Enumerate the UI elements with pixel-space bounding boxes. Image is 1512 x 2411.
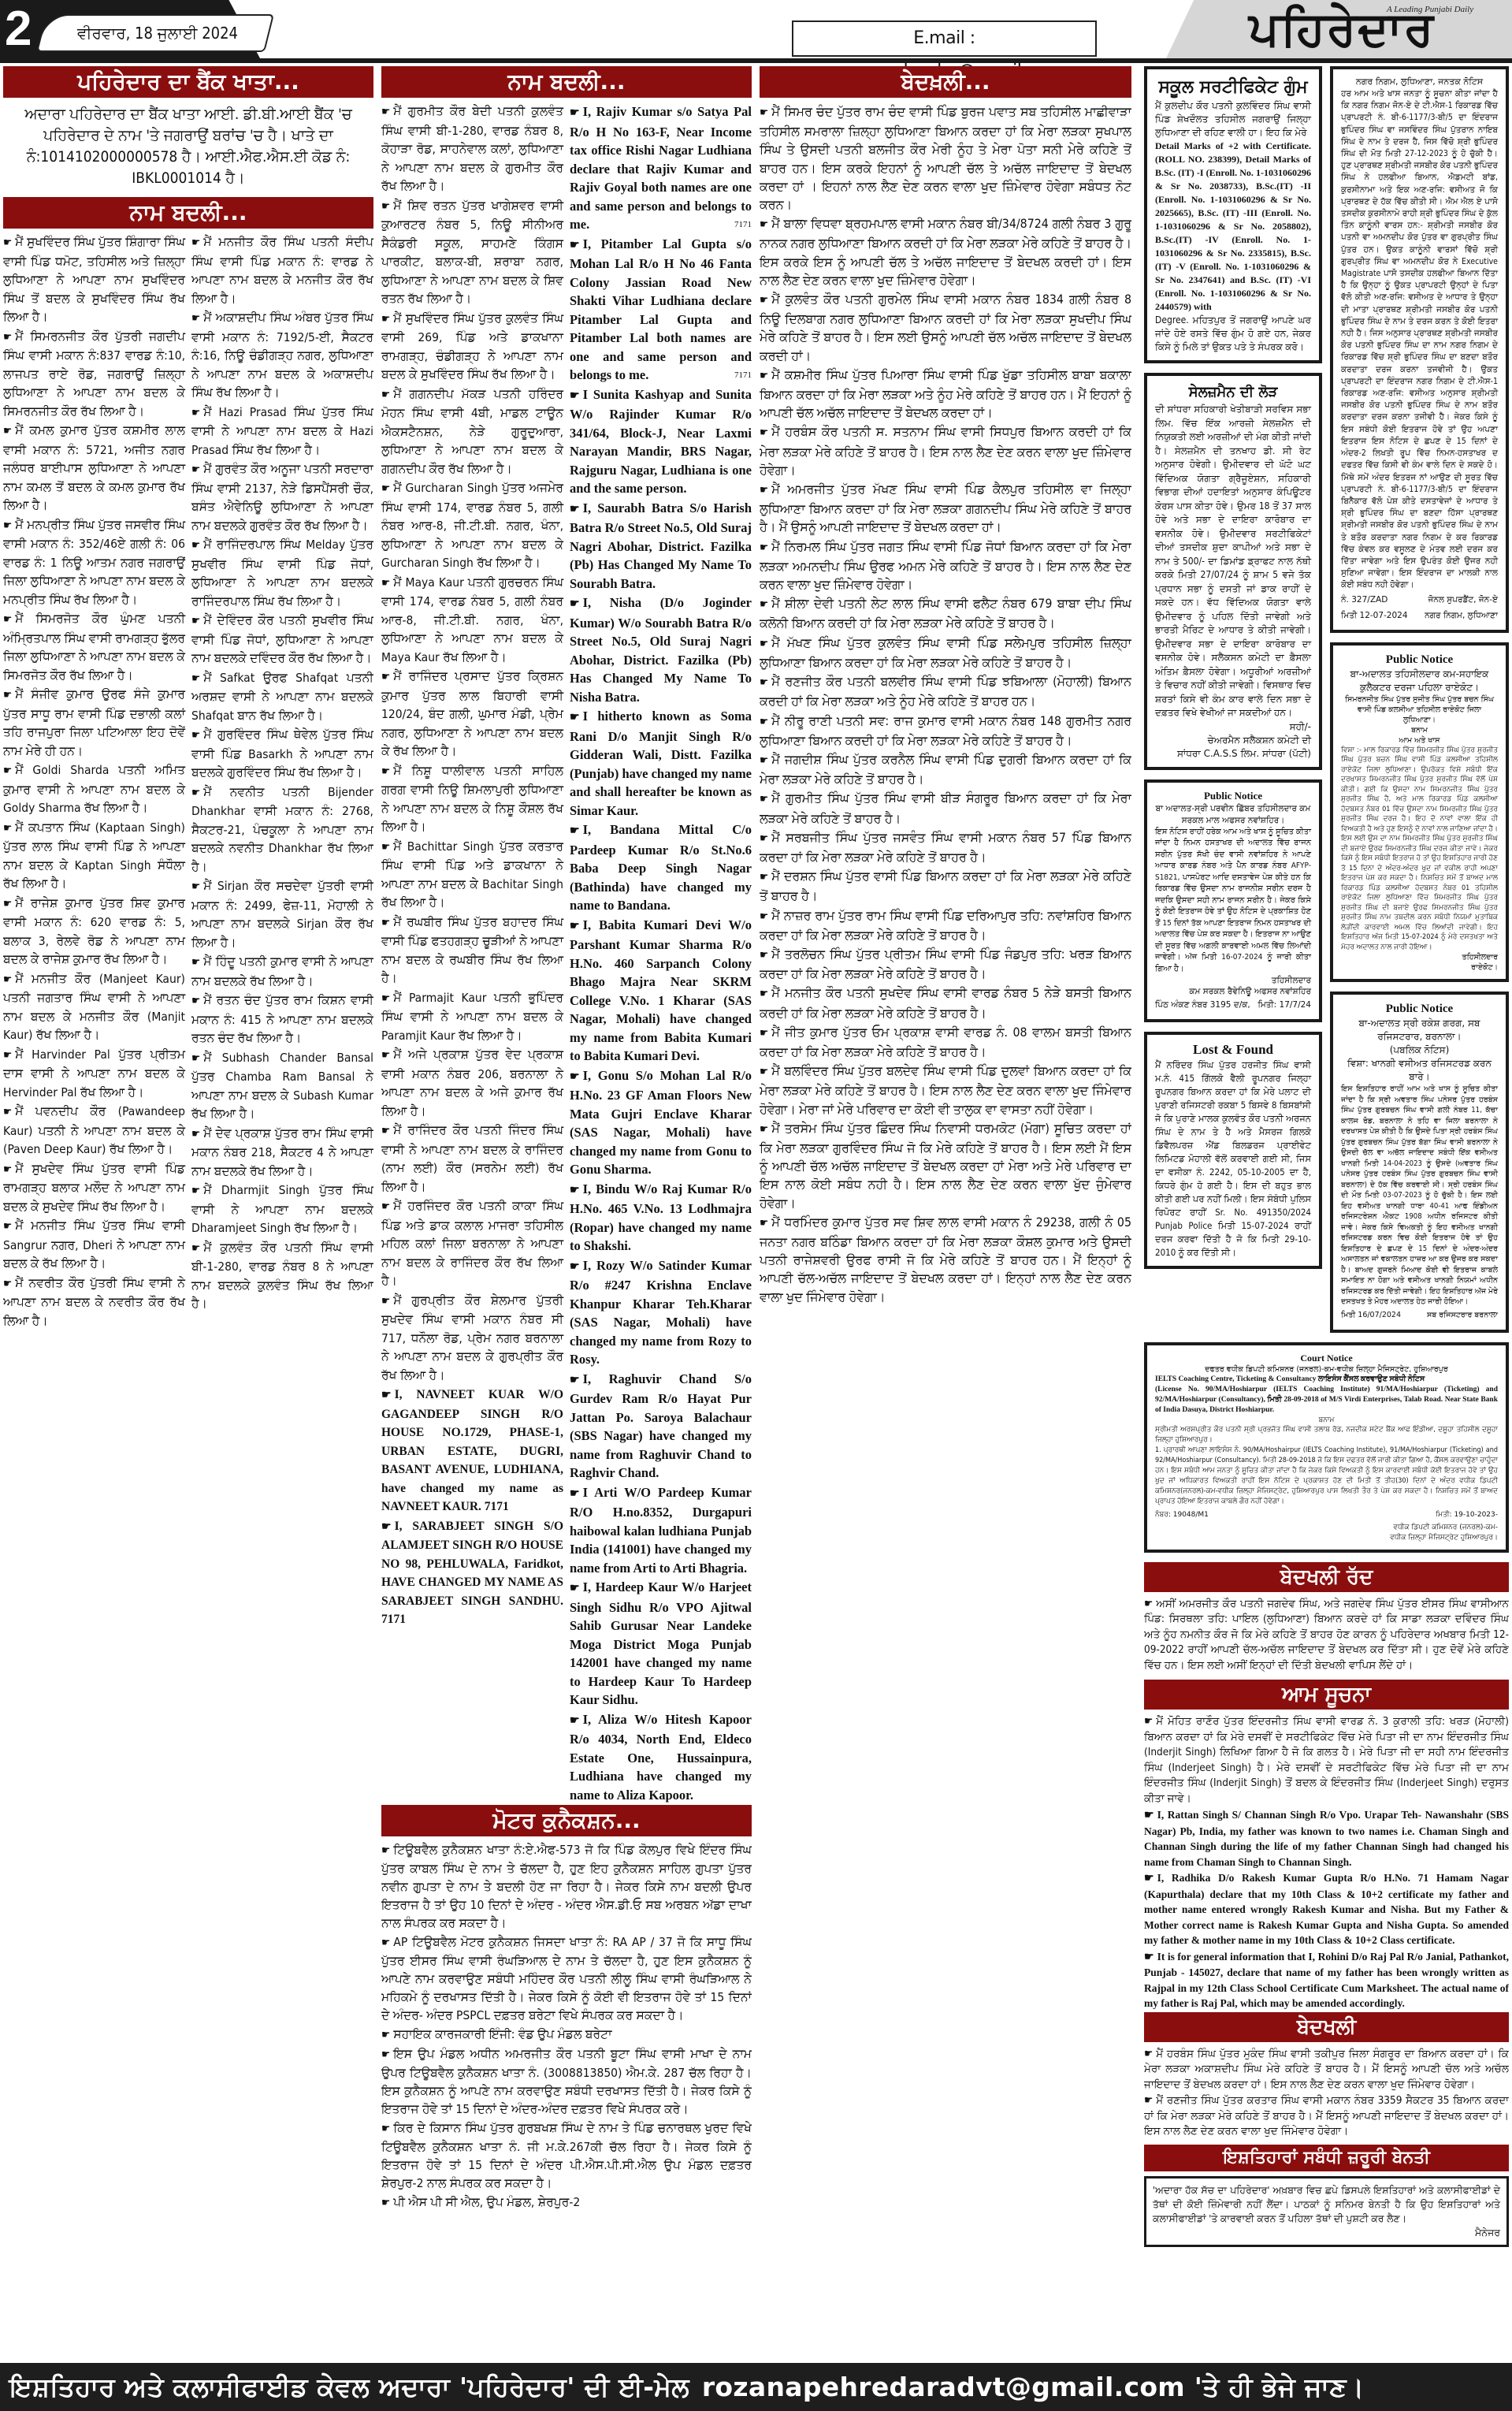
name-change-list: ☛ਮੈਂ ਸੁਖਵਿੰਦਰ ਸਿੰਘ ਪੁੱਤਰ ਸ਼ਿੰਗਾਰਾ ਸਿੰਘ ਵ… <box>3 233 373 1331</box>
page-number: 2 <box>5 3 32 55</box>
ad-text: ਮੈਂ ਨਰਿੰਦਰ ਸਿੰਘ ਪੁੱਤਰ ਹਰਜੀਤ ਸਿੰਘ ਵਾਸੀ ਮ.… <box>1155 1059 1311 1259</box>
list-item: ☛ਮੈਂ ਕੁਲਵੰਤ ਕੌਰ ਪਤਨੀ ਸਿੰਘ ਵਾਸੀ ਬੀ-1-280,… <box>191 1239 373 1314</box>
list-item: ☛ਮੈਂ ਰਘਬੀਰ ਸਿੰਘ ਪੁੱਤਰ ਬਹਾਦਰ ਸਿੰਘ ਵਾਸੀ ਪਿ… <box>381 913 563 988</box>
signature: ਤਹਿਸੀਲਦਾਰ <box>1341 952 1498 962</box>
list-item: ☛ਮੈਂ ਗੁਰਮੀਤ ਸਿੰਘ ਪੁੱਤਰ ਸਿੰਘ ਵਾਸੀ ਬੀੜ ਸੰਗ… <box>760 789 1131 827</box>
notices-right: ਨਗਰ ਨਿਗਮ, ਲੁਧਿਆਣਾ, ਜਨਤਕ ਨੋਟਿਸ ਹਰ ਆਮ ਅਤੇ … <box>1330 66 1509 1342</box>
pointing-hand-icon: ☛ <box>760 106 768 119</box>
name-change-list-2: ☛ਮੈਂ ਗੁਰਮੀਤ ਕੌਰ ਬੇਦੀ ਪਤਨੀ ਕੁਲਵੰਤ ਸਿੰਘ ਵਾ… <box>381 102 752 1805</box>
entry-text: It is for general information that I, Ro… <box>1144 1951 1509 2010</box>
pointing-hand-icon: ☛ <box>570 1488 580 1500</box>
pointing-hand-icon: ☛ <box>1144 1873 1154 1885</box>
entry-text: ਮੈਂ ਅਮਰਜੀਤ ਪੁੱਤਰ ਮੱਖਣ ਸਿੰਘ ਵਾਸੀ ਪਿੰਡ ਕੈਲ… <box>760 482 1131 534</box>
entry-text: ਮੈਂ Parmajit Kaur ਪਤਨੀ ਭੁਪਿੰਦਰ ਸਿੰਘ ਵਾਸੀ… <box>381 991 563 1043</box>
notice-ref-row: ਪਿੰਠ ਅੰਕਣ ਨੰਬਰ 3195 ਦ/ਕ, ਮਿਤੀ: 17/7/24 <box>1155 997 1311 1013</box>
entry-text: ਮੈਂ ਨਵਰੀਤ ਕੌਰ ਪੁੱਤਰੀ ਸਿੰਘ ਵਾਸੀ ਨੇ ਆਪਣਾ ਨ… <box>3 1276 185 1328</box>
list-item: ☛ਮੈਂ ਧਰਮਿੰਦਰ ਕੁਮਾਰ ਪੁੱਤਰ ਸਵ ਸ਼ਿਵ ਲਾਲ ਵਾਸ… <box>760 1213 1131 1306</box>
list-item: ☛ਮੈਂ ਨਿਰਮਲ ਸਿੰਘ ਪੁੱਤਰ ਜਗਤ ਸਿੰਘ ਵਾਸੀ ਪਿੰਡ… <box>760 538 1131 594</box>
entry-text: ਮੈਂ ਸਿਮਰ ਚੰਦ ਪੁੱਤਰ ਰਾਮ ਚੰਦ ਵਾਸੀ ਪਿੰਡ ਬੁਰ… <box>760 104 1131 212</box>
ad-text: ਦੀ ਸਾਂਧਰਾ ਸਹਿਕਾਰੀ ਖੇਤੀਬਾੜੀ ਸਰਵਿਸ ਸਭਾ ਲਿਮ… <box>1155 403 1311 720</box>
pointing-hand-icon: ☛ <box>3 689 12 701</box>
eviction-cancel-banner: ਬੇਦਖਲੀ ਰੱਦ <box>1144 1562 1509 1592</box>
list-item: ☛ਮੈਂ ਰਾਜਿੰਦਰਪਾਲ ਸਿੰਘ Melday ਪੁੱਤਰ ਸੁਖਵੀਰ… <box>191 536 373 611</box>
list-item: ☛ਕਿਰ ਦੇ ਕਿਸਾਨ ਸਿੰਘ ਪੁੱਤਰ ਗੁਰਬਖਸ਼ ਸਿੰਘ ਦੇ… <box>381 2119 752 2193</box>
list-item: ☛ਮੈਂ ਹਰਬੰਸ ਸਿੰਘ ਪੁੱਤਰ ਮੁਕੰਦ ਸਿੰਘ ਵਾਸੀ ਤਕ… <box>1144 2047 1509 2093</box>
signature: ਜੋਨਲ ਸੁਪਰਡੈਂਟ, ਜੋਨ-ਏ <box>1428 592 1498 608</box>
public-notice-barnala: Public Notice ਬਾ-ਅਦਾਲਤ ਸ੍ਰੀ ਰਕੇਸ਼ ਗਰਗ, ਸ… <box>1330 992 1509 1333</box>
signature: ਤਹਿਸੀਲਦਾਰ <box>1155 975 1311 986</box>
entry-text: I, Raghuvir Chand S/o Gurdev Ram R/o Hay… <box>570 1371 752 1481</box>
entry-text: ਮੈਂ ਗੁਰਵੰਤ ਕੌਰ ਅਨੂਜਾ ਪਤਨੀ ਸਰਦਾਰਾ ਸਿੰਘ ਵਾ… <box>191 462 373 533</box>
reference-number: ਪਿੰਠ ਅੰਕਣ ਨੰਬਰ 3195 ਦ/ਕ, <box>1155 997 1250 1013</box>
pointing-hand-icon: ☛ <box>191 615 200 627</box>
general-info-banner: ਆਮ ਸੂਚਨਾ <box>1144 1680 1509 1710</box>
pointing-hand-icon: ☛ <box>1144 2048 1153 2060</box>
entry-text: ਮੈਂ ਮਨਜੀਤ ਸਿੰਘ ਪੁੱਤਰ ਸਿੰਘ ਵਾਸੀ Sangrur ਨ… <box>3 1219 185 1271</box>
entry-text: I, Bindu W/o Raj Kumar R/o H.No. 465 V.N… <box>570 1181 752 1254</box>
entry-text: ਮੈਂ ਸ਼ਿਵ ਰਤਨ ਪੁੱਤਰ ਖਾਗੇਸ਼ਵਰ ਵਾਸੀ ਕੁਆਰਟਰ … <box>381 199 563 307</box>
pointing-hand-icon: ☛ <box>381 577 390 590</box>
pointing-hand-icon: ☛ <box>3 1163 12 1176</box>
pointing-hand-icon: ☛ <box>760 370 768 382</box>
entry-text: ਮੈਂ ਗੁਰਮੀਤ ਕੌਰ ਬੇਦੀ ਪਤਨੀ ਕੁਲਵੰਤ ਸਿੰਘ ਵਾਸ… <box>381 104 563 193</box>
list-item: ☛ਮੈਂ Bachittar Singh ਪੁੱਤਰ ਕਰਤਾਰ ਸਿੰਘ ਵਾ… <box>381 838 563 913</box>
list-item: ☛ਮੈਂ ਸੁਖਵਿੰਦਰ ਸਿੰਘ ਪੁੱਤਰ ਸ਼ਿੰਗਾਰਾ ਸਿੰਘ ਵ… <box>3 233 185 327</box>
list-item: ☛ਮੈਂ Goldi Sharda ਪਤਨੀ ਅਮਿਤ ਕੁਮਾਰ ਵਾਸੀ ਨ… <box>3 761 185 818</box>
entry-text: I, Nisha (D/o Joginder Kumar) W/o Sourab… <box>570 595 752 705</box>
notice-party: ਸਿਮਰਨਜੀਤ ਸਿੰਘ ਪੁੱਤਰ ਸੁਜੀਤ ਸਿੰਘ ਪੁੱਤਰ ਬਚਨ… <box>1341 694 1498 725</box>
pointing-hand-icon: ☛ <box>3 613 12 626</box>
pointing-hand-icon: ☛ <box>570 240 580 251</box>
pointing-hand-icon: ☛ <box>381 671 390 683</box>
pointing-hand-icon: ☛ <box>381 992 390 1005</box>
bank-account-banner: ਪਹਿਰੇਦਾਰ ਦਾ ਬੈਂਕ ਖਾਤਾ... <box>3 66 373 98</box>
pointing-hand-icon: ☛ <box>191 312 200 325</box>
column-4: ਸਕੂਲ ਸਰਟੀਫਿਕੇਟ ਗੁੰਮ ਮੈਂ ਕੁਲਦੀਪ ਕੌਰ ਪਤਨੀ … <box>1144 66 1509 2348</box>
list-item: ☛It is for general information that I, R… <box>1144 1949 1509 2011</box>
list-item: ☛ਮੈਂ ਦੇਵ ਪ੍ਰਕਾਸ਼ ਪੁੱਤਰ ਰਾਮ ਸਿੰਘ ਵਾਸੀ ਮਕਾ… <box>191 1125 373 1181</box>
pointing-hand-icon: ☛ <box>760 716 768 728</box>
list-item: ☛ਮੈਂ ਮਨਜੀਤ ਕੌਰ ਸਿੰਘ ਪਤਨੀ ਸੰਦੀਪ ਸਿੰਘ ਵਾਸੀ… <box>191 233 373 308</box>
list-item: ☛ਮੈਂ ਰਾਜੇਸ਼ ਕੁਮਾਰ ਪੁੱਤਰ ਸ਼ਿਵ ਕੁਮਾਰ ਵਾਸੀ … <box>3 895 185 969</box>
notice-text: ਵਿਸ਼ਾ :- ਮਾਲ ਰਿਕਾਰਡ ਵਿੱਚ ਸਿਮਰਜੀਤ ਸਿੰਘ ਪੁ… <box>1341 746 1498 953</box>
list-item: ☛ਮੈਂ ਸਿਮਰਨਜੀਤ ਕੌਰ ਪੁੱਤਰੀ ਜਗਦੀਪ ਸਿੰਘ ਵਾਸੀ… <box>3 328 185 422</box>
notice-sign-row: ਮਿਤੀ 16/07/2024 ਸਬ ਰਜਿਸਟਰਾਰ ਬਰਨਾਲਾ <box>1341 1308 1498 1323</box>
pointing-hand-icon: ☛ <box>381 1937 390 1949</box>
eviction-banner-2: ਬੇਦਖਲੀ <box>1144 2012 1509 2042</box>
entry-text: I, Babita Kumari Devi W/o Parshant Kumar… <box>570 917 752 1064</box>
list-item: ☛ਮੈਂ ਹਰਬੰਸ ਕੌਰ ਪਤਨੀ ਸ. ਸਤਨਾਮ ਸਿੰਘ ਵਾਸੀ ਸ… <box>760 422 1131 479</box>
entry-text: ਮੈਂ Subhash Chander Bansal ਪੁੱਤਰ Chamba … <box>191 1051 373 1122</box>
list-item: ☛ਮੈਂ ਮਨਜੀਤ ਕੌਰ ਪਤਨੀ ਸੁਖਦੇਵ ਸਿੰਘ ਵਾਸੀ ਵਾਰ… <box>760 984 1131 1021</box>
entry-text: ਮੈਂ ਨਵਨੀਤ ਪਤਨੀ Bijender Dhankhar ਵਾਸੀ ਮਕ… <box>191 785 373 874</box>
pointing-hand-icon: ☛ <box>3 1220 12 1233</box>
notice-text: 1. ਪ੍ਰਾਰਥੀ ਆਪਣਾ ਲਾਇਸੰਸ ਨੰ. 90/MA/Hoshair… <box>1155 1445 1498 1507</box>
pointing-hand-icon: ☛ <box>3 519 12 532</box>
ad-title: ਸੇਲਜ਼ਮੈਨ ਦੀ ਲੋੜ <box>1155 382 1311 403</box>
name-change-right-column: ☛ਮੈਂ ਮਨਜੀਤ ਕੌਰ ਸਿੰਘ ਪਤਨੀ ਸੰਦੀਪ ਸਿੰਘ ਵਾਸੀ… <box>191 233 373 1331</box>
list-item: ☛ਮੈਂ ਕਮਲ ਕੁਮਾਰ ਪੁੱਤਰ ਕਸ਼ਮੀਰ ਲਾਲ ਵਾਸੀ ਮਕਾ… <box>3 422 185 515</box>
list-item: ☛I, NAVNEET KUAR W/O GAGANDEEP SINGH R/O… <box>381 1386 563 1516</box>
entry-text: ਮੈਂ ਨਿਸ਼ੂ ਧਾਲੀਵਾਲ ਪਤਨੀ ਸਾਹਿਲ ਗਰਗ ਵਾਸੀ ਨਿ… <box>381 764 563 835</box>
entry-text: ਮੈਂ ਦਰਸ਼ਨ ਸਿੰਘ ਪੁੱਤਰ ਵਾਸੀ ਪਿੰਡ ਬਿਆਨ ਕਰਦਾ… <box>760 869 1131 903</box>
pointing-hand-icon: ☛ <box>760 1027 768 1040</box>
list-item: ☛ਮੈਂ ਨੀਰੂ ਰਾਣੀ ਪਤਨੀ ਸਵ: ਰਾਜ ਕੁਮਾਰ ਵਾਸੀ ਮ… <box>760 712 1131 750</box>
pointing-hand-icon: ☛ <box>1144 1951 1154 1963</box>
signature: ਨਗਰ ਨਿਗਮ, ਲੁਧਿਆਣਾ <box>1425 608 1498 623</box>
entry-text: ਮੈਂ ਜਗਦੀਸ਼ ਸਿੰਘ ਪੁੱਤਰ ਕਰਨੈਲ ਸਿੰਘ ਵਾਸੀ ਪਿ… <box>760 752 1131 787</box>
list-item: ☛I, Rozy W/o Satinder Kumar R/o #247 Kri… <box>570 1256 752 1369</box>
entry-text: I, NAVNEET KUAR W/O GAGANDEEP SINGH R/O … <box>381 1388 563 1513</box>
pointing-hand-icon: ☛ <box>381 389 390 401</box>
pointing-hand-icon: ☛ <box>760 949 768 962</box>
list-item: ☛ਮੈਂ ਕਪਤਾਨ ਸਿੰਘ (Kaptaan Singh) ਪੁੱਤਰ ਲਾ… <box>3 819 185 894</box>
list-item: ☛ਮੈਂ ਜੀਤ ਕੁਮਾਰ ਪੁੱਤਰ ਓਮ ਪ੍ਰਕਾਸ਼ ਵਾਸੀ ਵਾਰ… <box>760 1023 1131 1061</box>
notice-title: Public Notice <box>1341 652 1498 668</box>
pointing-hand-icon: ☛ <box>191 463 200 476</box>
pointing-hand-icon: ☛ <box>381 765 390 778</box>
list-item: ☛ਮੈਂ ਰਣਜੀਤ ਸਿੰਘ ਪੁੱਤਰ ਕਰਤਾਰ ਸਿੰਘ ਵਾਸੀ ਮਕ… <box>1144 2093 1509 2140</box>
list-item: ☛ਮੈਂ ਰਤਨ ਚੰਦ ਪੁੱਤਰ ਰਾਮ ਕਿਸ਼ਨ ਵਾਸੀ ਮਕਾਨ ਨ… <box>191 992 373 1048</box>
notice-text: ਇਸ ਇਸ਼ਤਿਹਾਰ ਰਾਹੀਂ ਆਮ ਅਤੇ ਖਾਸ ਨੂੰ ਸੂਚਿਤ ਕ… <box>1341 1084 1498 1308</box>
pointing-hand-icon: ☛ <box>570 1261 580 1273</box>
entry-text: ਮੈਂ Maya Kaur ਪਤਨੀ ਗੁਰਚਰਨ ਸਿੰਘ ਵਾਸੀ 174,… <box>381 575 563 664</box>
column-1: ਪਹਿਰੇਦਾਰ ਦਾ ਬੈਂਕ ਖਾਤਾ... ਅਦਾਰਾ ਪਹਿਰੇਦਾਰ … <box>3 66 373 2348</box>
entry-text: I, Rajiv Kumar s/o Satya Pal R/o H No 16… <box>570 104 752 232</box>
list-item: ☛ਮੈਂ ਗੁਰਵੰਤ ਕੌਰ ਅਨੂਜਾ ਪਤਨੀ ਸਰਦਾਰਾ ਸਿੰਘ ਵ… <box>191 460 373 535</box>
footer-email: rozanapehredaradvt@gmail.com <box>702 2372 1185 2402</box>
list-item: ☛ਮੈਂ ਦੇਵਿੰਦਰ ਕੌਰ ਪਤਨੀ ਸੁਖਵੀਰ ਸਿੰਘ ਵਾਸੀ ਪ… <box>191 612 373 668</box>
list-item: ☛I, Rattan Singh S/ Channan Singh R/o Vp… <box>1144 1807 1509 1870</box>
name-change-banner: ਨਾਮ ਬਦਲੀ... <box>3 197 373 229</box>
list-item: ☛ਸਹਾਇਕ ਕਾਰਜਕਾਰੀ ਇੰਜੀ: ਵੰਡ ਉਪ ਮੰਡਲ ਬਰੇਟਾ <box>381 2026 752 2045</box>
notices-left: ਸਕੂਲ ਸਰਟੀਫਿਕੇਟ ਗੁੰਮ ਮੈਂ ਕੁਲਦੀਪ ਕੌਰ ਪਤਨੀ … <box>1144 66 1322 1342</box>
pointing-hand-icon: ☛ <box>191 729 200 742</box>
notice-respondent: ਸ੍ਰੀਮਤੀ ਅਰਸ਼ਪ੍ਰੀਤ ਕੌਰ ਪਤਨੀ ਸ੍ਰੀ ਪ੍ਰਭਜੋਤ … <box>1155 1425 1498 1445</box>
pointing-hand-icon: ☛ <box>760 598 768 611</box>
signature: ਵਧੀਕ ਜ਼ਿਲ੍ਹਾ ਮੈਜਿਸਟ੍ਰੇਟ ਹੁਸ਼ਿਆਰਪੁਰ। <box>1155 1533 1498 1543</box>
list-item: ☛ਮੈਂ Safkat ਉਰਫ Shafqat ਪਤਨੀ ਅਰਸ਼ਦ ਵਾਸੀ … <box>191 669 373 726</box>
pointing-hand-icon: ☛ <box>760 676 768 689</box>
name-change-banner-2: ਨਾਮ ਬਦਲੀ... <box>381 66 752 98</box>
list-item: ☛ਮੈਂ ਸਿਮਰਜੋਤ ਕੌਰ ਘੁੰਮਣ ਪਤਨੀ ਅੰਮ੍ਰਿਤਪਾਲ ਸ… <box>3 610 185 685</box>
ad-text-tail: Degree. ਮਹਿਤਪੁਰ ਤੋਂ ਜਗਰਾਉਂ ਆਪਣੇ ਘਰ ਜਾਂਦੇ… <box>1155 314 1311 354</box>
ad-text-en: Detail Marks of +2 with Certificate. (RO… <box>1155 140 1311 314</box>
masthead-email: E.mail : rozanapehredar@gmail.com <box>792 20 1097 57</box>
pointing-hand-icon: ☛ <box>570 107 580 119</box>
notice-text: ਹਰ ਆਮ ਅਤੇ ਖਾਸ ਜਨਤਾ ਨੂੰ ਸੂਚਨਾ ਕੀਤਾ ਜਾਂਦਾ … <box>1341 88 1498 592</box>
entry-text: ਮੈਂ ਮਨਪ੍ਰੀਤ ਸਿੰਘ ਪੁੱਤਰ ਜਸਵੀਰ ਸਿੰਘ ਵਾਸੀ ਮ… <box>3 518 185 607</box>
list-item: ☛ਮੈਂ ਗੁਰਵਿੰਦਰ ਸਿੰਘ ਥੇਵੇਲ ਪੁੱਤਰ ਸਿੰਘ ਵਾਸੀ… <box>191 726 373 783</box>
list-item: ☛ਮੈਂ ਗੁਰਪ੍ਰੀਤ ਕੌਰ ਸ਼ੇਲਮਾਰ ਪੁੱਤਰੀ ਸੁਖਦੇਵ … <box>381 1292 563 1386</box>
entry-text: ਮੈਂ ਰਣਜੀਤ ਸਿੰਘ ਪੁੱਤਰ ਕਰਤਾਰ ਸਿੰਘ ਵਾਸੀ ਮਕਾ… <box>1144 2094 1509 2138</box>
entry-text: ਮੈਂ ਸੁਖਦੇਵ ਸਿੰਘ ਪੁੱਤਰ ਵਾਸੀ ਪਿੰਡ ਰਾਮਗੜ੍ਹ … <box>3 1162 185 1214</box>
entry-text: ਮੈਂ ਅਕਾਸ਼ਦੀਪ ਸਿੰਘ ਅੰਬਰ ਪੁੱਤਰ ਸਿੰਘ ਵਾਸੀ ਮ… <box>191 311 373 400</box>
signature: ਮੈਨੇਜਰ <box>1153 2226 1500 2240</box>
entry-text: I, Rattan Singh S/ Channan Singh R/o Vpo… <box>1144 1809 1509 1868</box>
pointing-hand-icon: ☛ <box>1144 1810 1154 1821</box>
list-item: ☛ਮੈਂ ਸ਼ੀਲਾ ਦੇਵੀ ਪਤਨੀ ਲੇਟ ਲਾਲ ਸਿੰਘ ਵਾਸੀ ਫ… <box>760 594 1131 632</box>
list-item: ☛ਮੈਂ ਰਾਜਿੰਦਰ ਕੌਰ ਪਤਨੀ ਜਿੰਦਰ ਸਿੰਘ ਵਾਸੀ ਨੇ… <box>381 1122 563 1196</box>
pointing-hand-icon: ☛ <box>760 426 768 439</box>
entry-text: I, Aliza W/o Hitesh Kapoor R/o 4034, Nor… <box>570 1712 752 1803</box>
entry-text: ਮੈਂ ਗੁਰਮੀਤ ਸਿੰਘ ਪੁੱਤਰ ਸਿੰਘ ਵਾਸੀ ਬੀੜ ਸੰਗਰ… <box>760 791 1131 825</box>
ad-request-box: 'ਅਦਾਰਾ ਹੱਕ ਸੱਚ ਦਾ ਪਹਿਰੇਦਾਰ' ਅਖ਼ਬਾਰ ਵਿਚ ਛ… <box>1144 2176 1509 2247</box>
pointing-hand-icon: ☛ <box>381 917 390 929</box>
notice-date: ਮਿਤੀ 16/07/2024 <box>1341 1308 1401 1323</box>
list-item: ☛ਮੈਂ ਮਨਜੀਤ ਸਿੰਘ ਪੁੱਤਰ ਸਿੰਘ ਵਾਸੀ Sangrur … <box>3 1217 185 1274</box>
list-item: ☛ਮੈਂ ਰਾਜਿੰਦਰ ਪ੍ਰਸਾਦ ਪੁੱਤਰ ਕ੍ਰਿਸ਼ਨ ਕੁਮਾਰ … <box>381 668 563 761</box>
pointing-hand-icon: ☛ <box>381 1844 390 1857</box>
pointing-hand-icon: ☛ <box>760 871 768 884</box>
list-item: ☛ਮੈਂ Dharmjit Singh ਪੁੱਤਰ ਸਿੰਘ ਵਾਸੀ ਨੇ ਆ… <box>191 1181 373 1238</box>
list-item: ☛ਮੈਂ ਸੁਖਵਿੰਦਰ ਸਿੰਘ ਪੁੱਤਰ ਕੁਲਵੰਤ ਸਿੰਘ ਵਾਸ… <box>381 310 563 385</box>
ad-code: 7171 <box>734 366 752 380</box>
list-item: ☛ਮੈਂ Maya Kaur ਪਤਨੀ ਗੁਰਚਰਨ ਸਿੰਘ ਵਾਸੀ 174… <box>381 574 563 668</box>
list-item: ☛ਮੈਂ ਤਰਲੋਚਨ ਸਿੰਘ ਪੁੱਤਰ ਪ੍ਰੀਤਮ ਸਿੰਘ ਵਾਸੀ … <box>760 945 1131 983</box>
list-item: ☛ਮੈਂ ਗੁਰਮੀਤ ਕੌਰ ਬੇਦੀ ਪਤਨੀ ਕੁਲਵੰਤ ਸਿੰਘ ਵਾ… <box>381 102 563 196</box>
entry-text: ਮੈਂ ਮਨਜੀਤ ਕੌਰ (Manjeet Kaur) ਪਤਨੀ ਜਗਤਾਰ … <box>3 972 185 1043</box>
public-notice-raikot: Public Notice ਬਾ-ਅਦਾਲਤ ਤਹਿਸੀਲਦਾਰ ਕਮ-ਸਹਾਇ… <box>1330 642 1509 983</box>
pointing-hand-icon: ☛ <box>3 331 12 344</box>
entry-text: ਮੈਂ ਬਾਲਾ ਵਿਧਵਾ ਬ੍ਰਹਮਪਾਲ ਵਾਸੀ ਮਕਾਨ ਨੰਬਰ ਬ… <box>760 216 1131 288</box>
notice-date: ਮਿਤੀ 12-07-2024 <box>1341 608 1408 623</box>
column-3: ਬੇਦਖ਼ਲੀ... ☛ਮੈਂ ਸਿਮਰ ਚੰਦ ਪੁੱਤਰ ਰਾਮ ਚੰਦ ਵ… <box>760 66 1131 2348</box>
signature: ਵਧੀਕ ਡਿਪਟੀ ਕਮਿਸ਼ਨਰ (ਜਨਰਲ)-ਕਮ- <box>1155 1523 1498 1533</box>
pointing-hand-icon: ☛ <box>760 1066 768 1078</box>
list-item: ☛ਮੈਂ ਕਸ਼ਮੀਰ ਸਿੰਘ ਪੁੱਤਰ ਪਿਆਰਾ ਸਿੰਘ ਵਾਸੀ ਪ… <box>760 366 1131 422</box>
entry-text: I, Rozy W/o Satinder Kumar R/o #247 Kris… <box>570 1258 752 1367</box>
pointing-hand-icon: ☛ <box>381 106 390 118</box>
pointing-hand-icon: ☛ <box>381 2123 390 2135</box>
list-item: ☛I, Bindu W/o Raj Kumar R/o H.No. 465 V.… <box>570 1180 752 1256</box>
signature: ਰਾਏਕੋਟ। <box>1341 962 1498 973</box>
motor-connection-banner: ਮੋਟਰ ਕੁਨੈਕਸ਼ਨ... <box>381 1805 752 1836</box>
logo-tagline: A Leading Punjabi Daily <box>1387 5 1473 14</box>
signature: ਸਹੀ/- <box>1155 720 1311 734</box>
pointing-hand-icon: ☛ <box>3 1278 12 1290</box>
entry-text: ਮੈਂ ਸਿਮਰਜੋਤ ਕੌਰ ਘੁੰਮਣ ਪਤਨੀ ਅੰਮ੍ਰਿਤਪਾਲ ਸਿ… <box>3 612 185 683</box>
list-item: ☛ਮੈਂ ਅਮਰਜੀਤ ਪੁੱਤਰ ਮੱਖਣ ਸਿੰਘ ਵਾਸੀ ਪਿੰਡ ਕੈ… <box>760 480 1131 537</box>
pointing-hand-icon: ☛ <box>760 541 768 554</box>
list-item: ☛I, Rajiv Kumar s/o Satya Pal R/o H No 1… <box>570 102 752 234</box>
bank-account-text: ਅਦਾਰਾ ਪਹਿਰੇਦਾਰ ਦਾ ਬੈਂਕ ਖਾਤਾ ਆਈ. ਡੀ.ਬੀ.ਆਈ… <box>3 102 373 197</box>
notice-ref-row: ਨੰ. 327/ZAD ਜੋਨਲ ਸੁਪਰਡੈਂਟ, ਜੋਨ-ਏ <box>1341 592 1498 608</box>
pointing-hand-icon: ☛ <box>570 825 580 837</box>
list-item: ☛ਪੀ ਐਸ ਪੀ ਸੀ ਐਲ, ਉਪ ਮੰਡਲ, ਸ਼ੇਰਪੁਰ-2 <box>381 2193 752 2212</box>
eviction-list-2: ☛ਮੈਂ ਹਰਬੰਸ ਸਿੰਘ ਪੁੱਤਰ ਮੁਕੰਦ ਸਿੰਘ ਵਾਸੀ ਤਕ… <box>1144 2047 1509 2140</box>
entry-text: I, Gonu S/o Mohan Lal R/o H.No. 23 GF Am… <box>570 1068 752 1178</box>
notice-ref-row: ਨੰਬਰ: 19048/M1 ਮਿਤੀ: 19-10-2023- <box>1155 1507 1498 1523</box>
list-item: ☛I, Raghuvir Chand S/o Gurdev Ram R/o Ha… <box>570 1370 752 1483</box>
list-item: ☛ਮੈਂ Hazi Prasad ਸਿੰਘ ਪੁੱਤਰ ਸਿੰਘ ਵਾਸੀ ਨੇ… <box>191 404 373 460</box>
list-item: ☛I, SARABJEET SINGH S/O ALAMJEET SINGH R… <box>381 1517 563 1629</box>
entry-text: ਮੈਂ Harvinder Pal ਪੁੱਤਰ ਪ੍ਰੀਤਮ ਦਾਸ ਵਾਸੀ … <box>3 1047 185 1099</box>
pointing-hand-icon: ☛ <box>760 910 768 923</box>
pointing-hand-icon: ☛ <box>191 236 200 249</box>
pointing-hand-icon: ☛ <box>191 995 200 1007</box>
entry-text: ਮੈਂ ਸਰਬਜੀਤ ਸਿੰਘ ਪੁੱਤਰ ਜਸਵੰਤ ਸਿੰਘ ਵਾਸੀ ਮਕ… <box>760 830 1131 865</box>
entry-text: ਮੈਂ ਹਰਬੰਸ ਕੌਰ ਪਤਨੀ ਸ. ਸਤਨਾਮ ਸਿੰਘ ਵਾਸੀ ਸਿ… <box>760 424 1131 477</box>
pointing-hand-icon: ☛ <box>570 712 580 724</box>
list-item: ☛ਮੈਂ ਸਰਬਜੀਤ ਸਿੰਘ ਪੁੱਤਰ ਜਸਵੰਤ ਸਿੰਘ ਵਾਸੀ ਮ… <box>760 828 1131 866</box>
list-item: ☛ਮੈਂ ਜਗਦੀਸ਼ ਸਿੰਘ ਪੁੱਤਰ ਕਰਨੈਲ ਸਿੰਘ ਵਾਸੀ ਪ… <box>760 750 1131 788</box>
pointing-hand-icon: ☛ <box>570 1375 580 1386</box>
pointing-hand-icon: ☛ <box>191 1185 200 1197</box>
pointing-hand-icon: ☛ <box>570 1583 580 1594</box>
pointing-hand-icon: ☛ <box>570 504 580 515</box>
list-item: ☛ਮੈਂ ਹਿੰਦੂ ਪਤਨੀ ਕੁਮਾਰ ਵਾਸੀ ਨੇ ਆਪਣਾ ਨਾਮ ਬ… <box>191 953 373 991</box>
pointing-hand-icon: ☛ <box>570 1071 580 1083</box>
eviction-banner: ਬੇਦਖ਼ਲੀ... <box>760 66 1131 98</box>
pointing-hand-icon: ☛ <box>3 898 12 910</box>
pointing-hand-icon: ☛ <box>3 765 12 777</box>
entry-text: ਮੈਂ ਸਿਮਰਨਜੀਤ ਕੌਰ ਪੁੱਤਰੀ ਜਗਦੀਪ ਸਿੰਘ ਵਾਸੀ … <box>3 329 185 419</box>
list-item: ☛ਮੈਂ ਨਾਜ਼ਰ ਰਾਮ ਪੁੱਤਰ ਰਾਮ ਸਿੰਘ ਵਾਸੀ ਪਿੰਡ … <box>760 906 1131 944</box>
reference-number: ਨੰ. 327/ZAD <box>1341 592 1388 608</box>
pointing-hand-icon: ☛ <box>570 921 580 932</box>
list-item: ☛ਮੈਂ ਮਨਜੀਤ ਕੌਰ (Manjeet Kaur) ਪਤਨੀ ਜਗਤਾਰ… <box>3 970 185 1045</box>
entry-text: ਟਿਊਬਵੈਲ ਕੁਨੈਕਸ਼ਨ ਖਾਤਾ ਨੰ:ਏ.ਐਫ-573 ਜੋ ਕਿ … <box>381 1843 752 1930</box>
masthead-rule <box>0 58 1512 63</box>
list-item: ☛ਮੈਂ ਮਨਪ੍ਰੀਤ ਸਿੰਘ ਪੁੱਤਰ ਜਸਵੀਰ ਸਿੰਘ ਵਾਸੀ … <box>3 516 185 610</box>
name-change-right-column: ☛I, Rajiv Kumar s/o Satya Pal R/o H No 1… <box>570 102 752 1805</box>
entry-text: ਮੈਂ ਸੁਖਵਿੰਦਰ ਸਿੰਘ ਪੁੱਤਰ ਕੁਲਵੰਤ ਸਿੰਘ ਵਾਸੀ… <box>381 311 563 382</box>
list-item: ☛ਮੈਂ ਨਵਨੀਤ ਪਤਨੀ Bijender Dhankhar ਵਾਸੀ ਮ… <box>191 783 373 877</box>
pointing-hand-icon: ☛ <box>760 832 768 845</box>
notice-title: ਨਗਰ ਨਿਗਮ, ਲੁਧਿਆਣਾ, ਜਨਤਕ ਨੋਟਿਸ <box>1341 76 1498 88</box>
entry-text: ਮੈਂ ਰਾਜਿੰਦਰਪਾਲ ਸਿੰਘ Melday ਪੁੱਤਰ ਸੁਖਵੀਰ … <box>191 538 373 608</box>
entry-text: ਮੈਂ ਧਰਮਿੰਦਰ ਕੁਮਾਰ ਪੁੱਤਰ ਸਵ ਸ਼ਿਵ ਲਾਲ ਵਾਸੀ… <box>760 1215 1131 1304</box>
notice-date: ਮਿਤੀ: 17/7/24 <box>1258 997 1311 1013</box>
pointing-hand-icon: ☛ <box>3 822 12 835</box>
entry-text: I, Pitamber Lal Gupta s/o Mohan Lal R/o … <box>570 236 752 383</box>
signature: ਚੇਅਰਮੈਨ ਸਲੈਕਸ਼ਨ ਕਮੇਟੀ ਦੀ <box>1155 734 1311 747</box>
entry-text: ਮੈਂ ਰਤਨ ਚੰਦ ਪੁੱਤਰ ਰਾਮ ਕਿਸ਼ਨ ਵਾਸੀ ਮਕਾਨ ਨੰ… <box>191 993 373 1045</box>
ad-request-text: 'ਅਦਾਰਾ ਹੱਕ ਸੱਚ ਦਾ ਪਹਿਰੇਦਾਰ' ਅਖ਼ਬਾਰ ਵਿਚ ਛ… <box>1153 2183 1500 2226</box>
ad-text: ਮੈਂ ਕੁਲਦੀਪ ਕੌਰ ਪਤਨੀ ਕੁਲਵਿੰਦਰ ਸਿੰਘ ਵਾਸੀ ਪ… <box>1155 99 1311 140</box>
pointing-hand-icon: ☛ <box>381 2197 390 2209</box>
notice-versus: ਬਨਾਮ <box>1341 725 1498 735</box>
notice-court: ਬਾ ਅਦਾਲਤ-ਸ੍ਰੀ ਪਰਵੀਨ ਛਿੱਬਰ ਤਹਿਸੀਲਦਾਰ ਕਮ ਸ… <box>1155 803 1311 827</box>
pointing-hand-icon: ☛ <box>381 1049 390 1062</box>
list-item: ☛I, Hardeep Kaur W/o Harjeet Singh Sidhu… <box>570 1578 752 1710</box>
entry-text: ਮੈਂ ਅਜੇ ਪ੍ਰਕਾਸ਼ ਪੁੱਤਰ ਵੇਦ ਪ੍ਰਕਾਸ਼ ਵਾਸੀ ਮ… <box>381 1047 563 1118</box>
entry-text: ਮੈਂ Goldi Sharda ਪਤਨੀ ਅਮਿਤ ਕੁਮਾਰ ਵਾਸੀ ਨੇ… <box>3 763 185 815</box>
general-info-list: ☛ਮੈਂ ਮੋਹਿਤ ਰਾਣੌਰ ਪੁੱਤਰ ਇੰਦਰਜੀਤ ਸਿੰਘ ਵਾਸੀ… <box>1144 1714 1509 2011</box>
entry-text: I, Radhika D/o Rakesh Kumar Gupta R/o H.… <box>1144 1872 1509 1946</box>
school-certificate-lost-ad: ਸਕੂਲ ਸਰਟੀਫਿਕੇਟ ਗੁੰਮ ਮੈਂ ਕੁਲਦੀਪ ਕੌਰ ਪਤਨੀ … <box>1144 66 1322 363</box>
list-item: ☛ਮੈਂ ਪਵਨਦੀਪ ਕੌਰ (Pawandeep Kaur) ਪਤਨੀ ਨੇ… <box>3 1103 185 1159</box>
pointing-hand-icon: ☛ <box>3 1106 12 1118</box>
pointing-hand-icon: ☛ <box>570 390 580 402</box>
entry-text: ਮੈਂ ਹਰਜਿੰਦਰ ਕੌਰ ਪਤਨੀ ਕਾਕਾ ਸਿੰਘ ਪਿੰਡ ਅਤੇ … <box>381 1199 563 1288</box>
list-item: ☛I, Pitamber Lal Gupta s/o Mohan Lal R/o… <box>570 235 752 385</box>
entry-text: ਮੈਂ ਕੁਲਵੰਤ ਕੌਰ ਪਤਨੀ ਗੁਰਮੇਲ ਸਿੰਘ ਵਾਸੀ ਮਕਾ… <box>760 292 1131 363</box>
list-item: ☛ਮੈਂ ਬਲਵਿੰਦਰ ਸਿੰਘ ਪੁੱਤਰ ਬਲਦੇਵ ਸਿੰਘ ਵਾਸੀ … <box>760 1062 1131 1118</box>
public-notice-nawanshahr: Public Notice ਬਾ ਅਦਾਲਤ-ਸ੍ਰੀ ਪਰਵੀਨ ਛਿੱਬਰ … <box>1144 779 1322 1023</box>
entry-text: ਮੈਂ ਰਾਜਿੰਦਰ ਪ੍ਰਸਾਦ ਪੁੱਤਰ ਕ੍ਰਿਸ਼ਨ ਕੁਮਾਰ ਪ… <box>381 669 563 758</box>
lost-and-found-ad: Lost & Found ਮੈਂ ਨਰਿੰਦਰ ਸਿੰਘ ਪੁੱਤਰ ਹਰਜੀਤ… <box>1144 1032 1322 1269</box>
entry-text: ਮੈਂ Bachittar Singh ਪੁੱਤਰ ਕਰਤਾਰ ਸਿੰਘ ਵਾਸ… <box>381 839 563 910</box>
pointing-hand-icon: ☛ <box>1144 2094 1153 2107</box>
entry-text: ਮੈਂ Dharmjit Singh ਪੁੱਤਰ ਸਿੰਘ ਵਾਸੀ ਨੇ ਆਪ… <box>191 1183 373 1235</box>
pointing-hand-icon: ☛ <box>760 484 768 497</box>
pointing-hand-icon: ☛ <box>570 598 580 610</box>
entry-text: ਮੈਂ ਹਿੰਦੂ ਪਤਨੀ ਕੁਮਾਰ ਵਾਸੀ ਨੇ ਆਪਣਾ ਨਾਮ ਬਦ… <box>191 954 373 988</box>
list-item: ☛ਇਸ ਉਪ ਮੰਡਲ ਅਧੀਨ ਅਮਰਜੀਤ ਕੌਰ ਪਤਨੀ ਬੂਟਾ ਸਿ… <box>381 2045 752 2119</box>
list-item: ☛ਮੈਂ ਸ਼ਿਵ ਰਤਨ ਪੁੱਤਰ ਖਾਗੇਸ਼ਵਰ ਵਾਸੀ ਕੁਆਰਟਰ… <box>381 197 563 309</box>
pointing-hand-icon: ☛ <box>191 1052 200 1065</box>
pointing-hand-icon: ☛ <box>191 407 200 419</box>
list-item: ☛I, Aliza W/o Hitesh Kapoor R/o 4034, No… <box>570 1710 752 1805</box>
pointing-hand-icon: ☛ <box>381 1200 390 1213</box>
pointing-hand-icon: ☛ <box>381 841 390 854</box>
footer-banner: ਇਸ਼ਤਿਹਾਰ ਅਤੇ ਕਲਾਸੀਫਾਈਡ ਕੇਵਲ ਅਦਾਰਾ 'ਪਹਿਰੇ… <box>0 2363 1512 2411</box>
pointing-hand-icon: ☛ <box>381 1125 390 1137</box>
pointing-hand-icon: ☛ <box>760 1217 768 1230</box>
name-change-left-column: ☛ਮੈਂ ਸੁਖਵਿੰਦਰ ਸਿੰਘ ਪੁੱਤਰ ਸ਼ਿੰਗਾਰਾ ਸਿੰਘ ਵ… <box>3 233 185 1331</box>
list-item: ☛ਮੈਂ ਅਕਾਸ਼ਦੀਪ ਸਿੰਘ ਅੰਬਰ ਪੁੱਤਰ ਸਿੰਘ ਵਾਸੀ … <box>191 309 373 403</box>
list-item: ☛I, Gonu S/o Mohan Lal R/o H.No. 23 GF A… <box>570 1066 752 1179</box>
entry-text: ਮੈਂ ਗੁਰਪ੍ਰੀਤ ਕੌਰ ਸ਼ੇਲਮਾਰ ਪੁੱਤਰੀ ਸੁਖਦੇਵ ਸ… <box>381 1293 563 1382</box>
list-item: ☛I, Radhika D/o Rakesh Kumar Gupta R/o H… <box>1144 1870 1509 1948</box>
pointing-hand-icon: ☛ <box>191 956 200 969</box>
notice-title: Public Notice <box>1155 789 1311 803</box>
ad-request-banner: ਇਸ਼ਤਿਹਾਰਾਂ ਸਬੰਧੀ ਜ਼ਰੂਰੀ ਬੇਨਤੀ <box>1144 2145 1509 2171</box>
notice-type: (ਪਬਲਿਕ ਨੋਟਿਸ) <box>1341 1044 1498 1057</box>
entry-text: ਮੈਂ Hazi Prasad ਸਿੰਘ ਪੁੱਤਰ ਸਿੰਘ ਵਾਸੀ ਨੇ … <box>191 405 373 457</box>
footer-suffix: 'ਤੇ ਹੀ ਭੇਜੇ ਜਾਣ। <box>1194 2372 1365 2402</box>
list-item: ☛I hitherto known as Soma Rani D/o Manji… <box>570 707 752 820</box>
pointing-hand-icon: ☛ <box>381 2048 390 2061</box>
entry-text: ਮੈਂ ਸੰਜੀਵ ਕੁਮਾਰ ਉਰਫ ਸੰਜੇ ਕੁਮਾਰ ਪੁੱਤਰ ਸਾਧ… <box>3 687 185 758</box>
pointing-hand-icon: ☛ <box>381 200 390 213</box>
pointing-hand-icon: ☛ <box>191 1242 200 1255</box>
entry-text: ਮੈਂ ਤਰਸੇਮ ਸਿੰਘ ਪੁੱਤਰ ਛਿੰਦਰ ਸਿੰਘ ਨਿਵਾਸੀ ਧ… <box>760 1121 1131 1211</box>
footer-text: ਇਸ਼ਤਿਹਾਰ ਅਤੇ ਕਲਾਸੀਫਾਈਡ ਕੇਵਲ ਅਦਾਰਾ 'ਪਹਿਰੇ… <box>9 2372 689 2402</box>
notice-date-row: ਮਿਤੀ 12-07-2024 ਨਗਰ ਨਿਗਮ, ਲੁਧਿਆਣਾ <box>1341 608 1498 623</box>
list-item: ☛ਮੈਂ ਮੋਹਿਤ ਰਾਣੌਰ ਪੁੱਤਰ ਇੰਦਰਜੀਤ ਸਿੰਘ ਵਾਸੀ… <box>1144 1714 1509 1806</box>
municipal-public-notice: ਨਗਰ ਨਿਗਮ, ਲੁਧਿਆਣਾ, ਜਨਤਕ ਨੋਟਿਸ ਹਰ ਆਮ ਅਤੇ … <box>1330 66 1509 633</box>
notice-court: ਬਾ-ਅਦਾਲਤ ਤਹਿਸੀਲਦਾਰ ਕਮ-ਸਹਾਇਕ ਕੁਲੈਕਟਰ ਦਰਜਾ… <box>1341 668 1498 694</box>
entry-text: ਮੈਂ Sirjan ਕੌਰ ਸਚਦੇਵਾ ਪੁੱਤਰੀ ਵਾਸੀ ਮਕਾਨ ਨ… <box>191 879 373 950</box>
pointing-hand-icon: ☛ <box>1144 1598 1153 1610</box>
notice-office: ਦਫਤਰ ਵਧੀਕ ਡਿਪਟੀ ਕਮਿਸ਼ਨਰ (ਜਨਰਲ)-ਕਮ-ਵਧੀਕ ਜ… <box>1155 1364 1498 1375</box>
pointing-hand-icon: ☛ <box>191 880 200 893</box>
entry-text: ਮੈਂ ਪਵਨਦੀਪ ਕੌਰ (Pawandeep Kaur) ਪਤਨੀ ਨੇ … <box>3 1104 185 1156</box>
notice-text: ਇਸ ਨੋਟਿਸ ਰਾਹੀਂ ਹਰੇਕ ਆਮ ਅਤੇ ਖਾਸ ਨੂੰ ਸੂਚਿਤ… <box>1155 827 1311 976</box>
pointing-hand-icon: ☛ <box>3 1049 12 1062</box>
list-item: ☛I Sunita Kashyap and Sunita W/o Rajinde… <box>570 385 752 498</box>
motor-connection-list: ☛ਟਿਊਬਵੈਲ ਕੁਨੈਕਸ਼ਨ ਖਾਤਾ ਨੰ:ਏ.ਐਫ-573 ਜੋ ਕਿ… <box>381 1841 752 2212</box>
pointing-hand-icon: ☛ <box>760 754 768 767</box>
list-item: ☛I, Saurabh Batra S/o Harish Batra R/o S… <box>570 499 752 593</box>
entry-text: ਮੈਂ ਰਘਬੀਰ ਸਿੰਘ ਪੁੱਤਰ ਬਹਾਦਰ ਸਿੰਘ ਵਾਸੀ ਪਿੰ… <box>381 915 563 986</box>
signature: ਸਬ ਰਜਿਸਟਰਾਰ ਬਰਨਾਲਾ <box>1427 1308 1498 1323</box>
entry-text: ਅਸੀਂ ਅਮਰਜੀਤ ਕੌਰ ਪਤਨੀ ਜਗਦੇਵ ਸਿੰਘ, ਅਤੇ ਜਗਦ… <box>1144 1598 1509 1672</box>
entry-text: ਮੈਂ ਹਰਬੰਸ ਸਿੰਘ ਪੁੱਤਰ ਮੁਕੰਦ ਸਿੰਘ ਵਾਸੀ ਤਕੀ… <box>1144 2048 1509 2091</box>
issue-date: ਵੀਰਵਾਰ, 18 ਜੁਲਾਈ 2024 <box>63 22 252 44</box>
list-item: ☛ਮੈਂ ਬਾਲਾ ਵਿਧਵਾ ਬ੍ਰਹਮਪਾਲ ਵਾਸੀ ਮਕਾਨ ਨੰਬਰ … <box>760 214 1131 289</box>
pointing-hand-icon: ☛ <box>760 988 768 1000</box>
entry-text: ਮੈਂ ਗੁਰਵਿੰਦਰ ਸਿੰਘ ਥੇਵੇਲ ਪੁੱਤਰ ਸਿੰਘ ਵਾਸੀ … <box>191 727 373 779</box>
entry-text: ਮੈਂ ਕੁਲਵੰਤ ਕੌਰ ਪਤਨੀ ਸਿੰਘ ਵਾਸੀ ਬੀ-1-280, … <box>191 1241 373 1312</box>
list-item: ☛ਮੈਂ Harvinder Pal ਪੁੱਤਰ ਪ੍ਰੀਤਮ ਦਾਸ ਵਾਸੀ… <box>3 1046 185 1103</box>
entry-text: ਮੈਂ ਨੀਰੂ ਰਾਣੀ ਪਤਨੀ ਸਵ: ਰਾਜ ਕੁਮਾਰ ਵਾਸੀ ਮਕ… <box>760 713 1131 748</box>
notice-respondent: ਆਮ ਅਤੇ ਖਾਸ <box>1341 735 1498 746</box>
pointing-hand-icon: ☛ <box>760 218 768 231</box>
